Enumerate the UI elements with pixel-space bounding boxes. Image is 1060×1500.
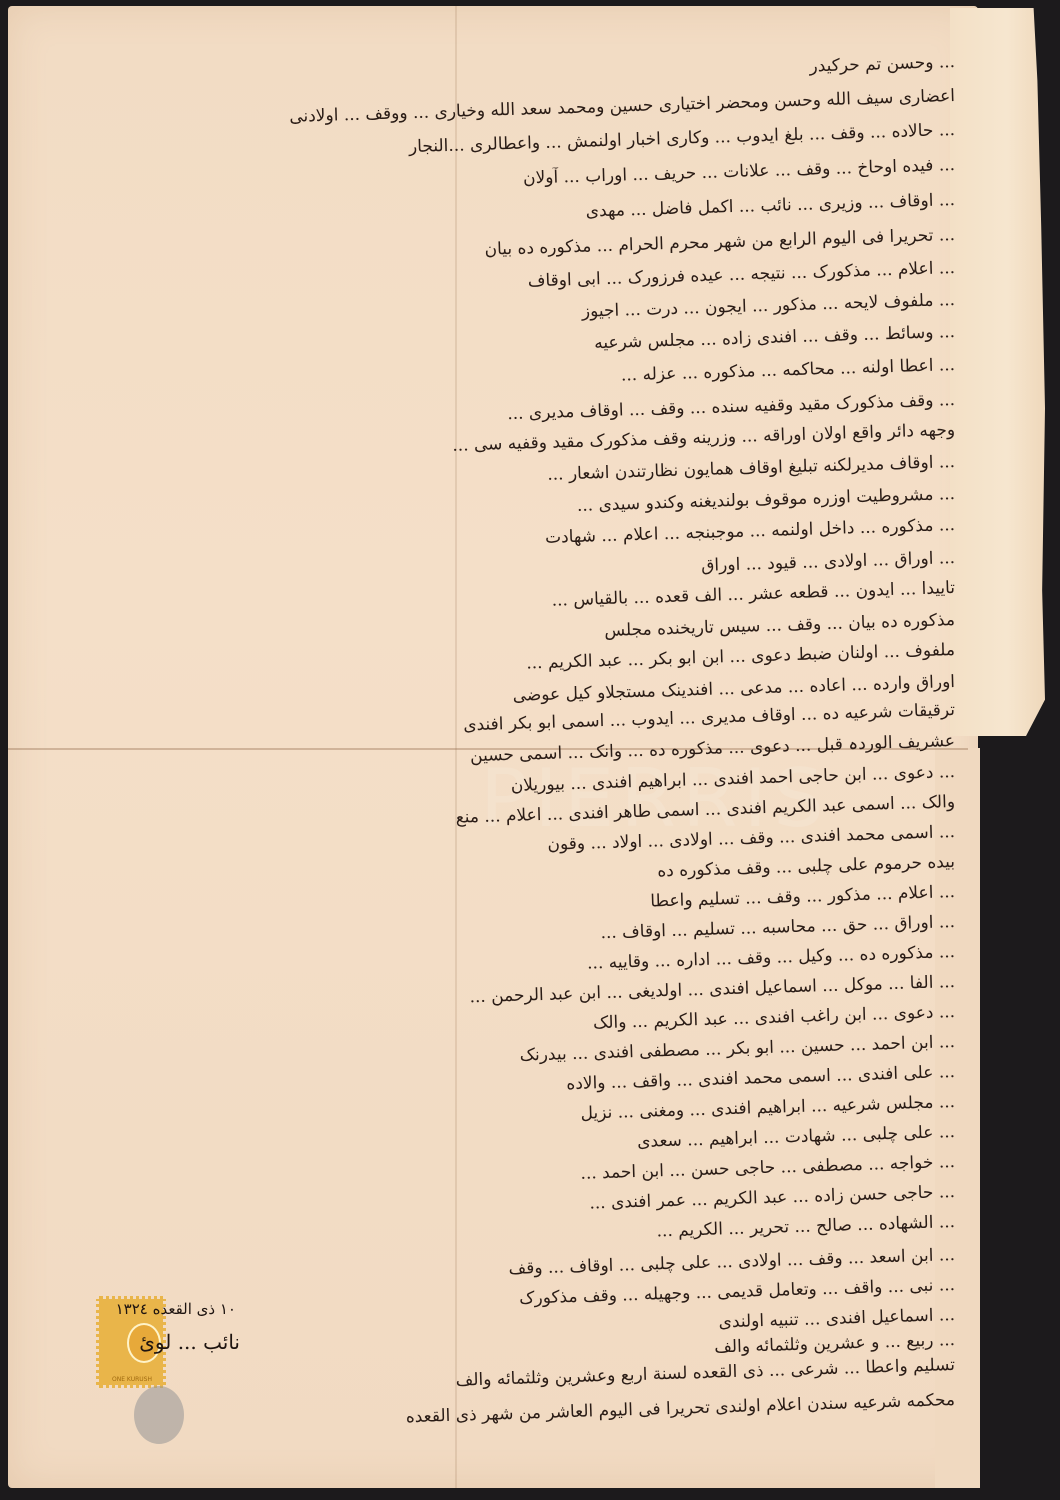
- revenue-stamp-text: ONE KURUSH: [101, 1376, 163, 1383]
- signature: نائب ... لوئ: [90, 1330, 240, 1370]
- seal-icon: [134, 1386, 184, 1444]
- date-annotation: ١٠ ذی القعده ١٣٢٤: [96, 1300, 236, 1318]
- paper-strip-right: [950, 8, 1045, 736]
